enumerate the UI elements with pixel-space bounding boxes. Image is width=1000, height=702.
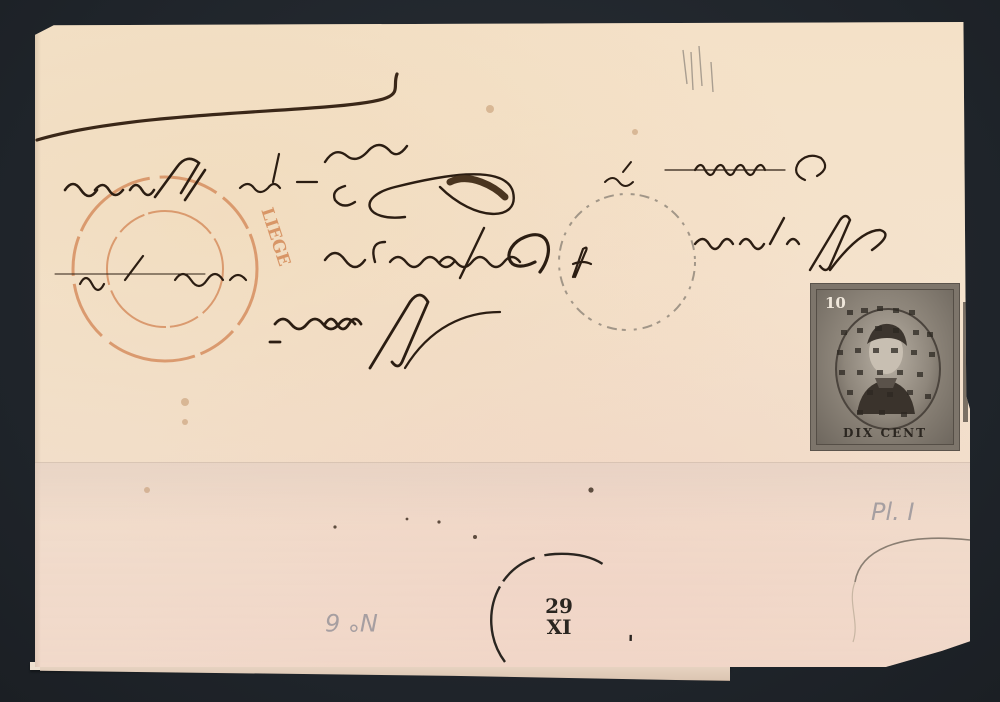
faint-handstamp-marks [683,46,713,92]
handwriting-commune [665,156,825,180]
photo-scene: LIEGE 29 XI Pl. I N° 6 10 [0,0,1000,702]
arrival-month: XI [539,617,579,638]
fold-panel [35,462,970,668]
arrival-day: 29 [539,596,579,617]
stamp-frame: 10 [816,289,954,445]
handwriting-de [605,162,633,186]
cancel-dots [817,290,953,444]
liege-postmark [73,177,257,361]
handwriting-messieurs [695,216,885,270]
foxing-spots [144,105,638,493]
handwriting-bourgmestre [325,228,548,278]
faint-transit-postmark [559,194,695,330]
handwriting-sur [240,154,317,192]
handwriting-monsieur [270,295,500,368]
flourish-line [37,74,397,140]
handwriting-echevins [55,256,246,290]
arrival-date: 29 XI [539,596,579,638]
stamp-denomination-text: DIX CENT [817,426,953,440]
handwriting-meuse [65,159,205,200]
handwriting-stavelot [325,145,514,218]
folded-letter: LIEGE 29 XI Pl. I N° 6 10 [35,22,970,667]
pencil-plate-note: Pl. I [871,498,914,526]
pencil-number-note: N° 6 [325,608,378,636]
postage-stamp: 10 [811,284,959,450]
liege-town-text: LIEGE [256,205,294,269]
handwriting-le [573,248,591,277]
